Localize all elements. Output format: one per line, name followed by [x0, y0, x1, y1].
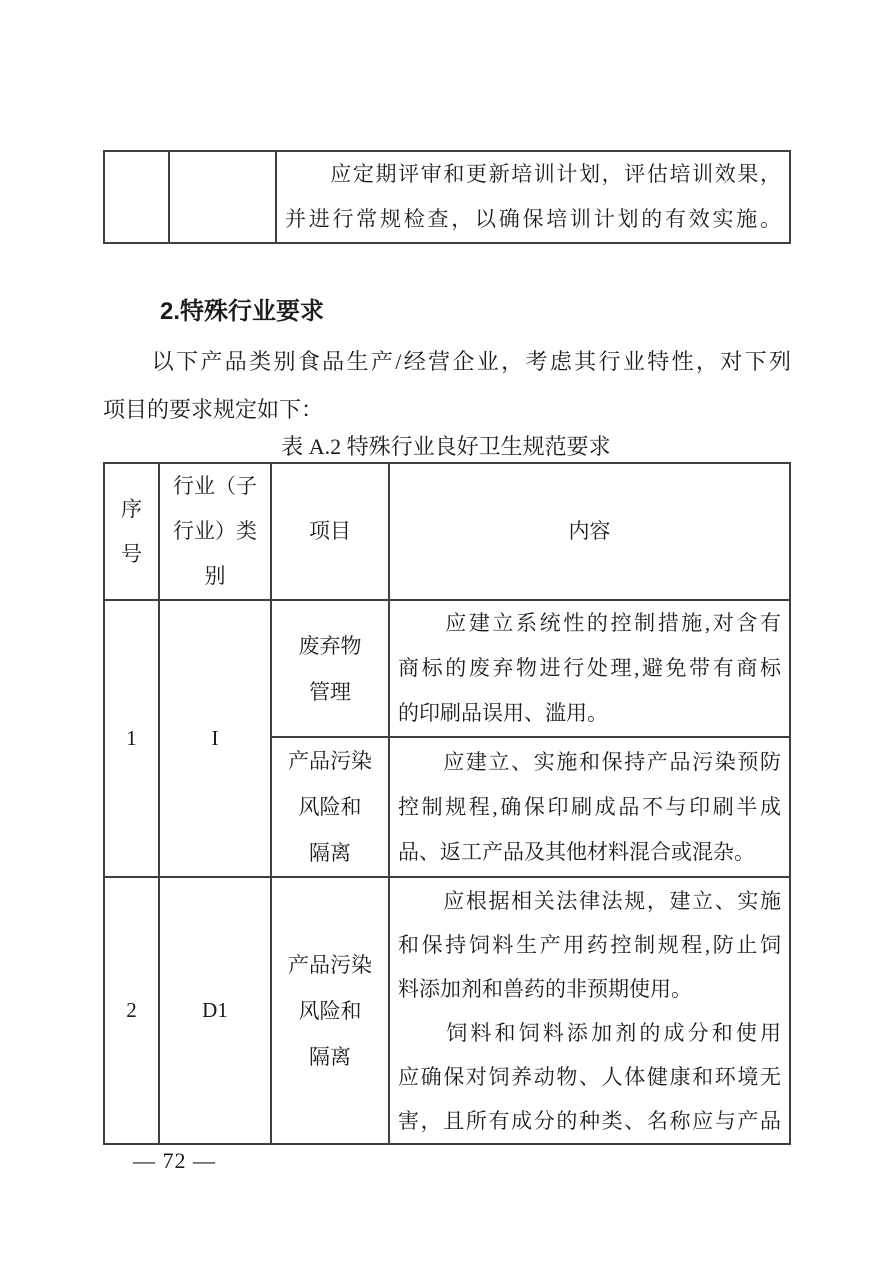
row1-content-contamination-cell: 应建立、实施和保持产品污染预防控制规程,确保印刷成品不与印刷半成品、返工产品及其… — [389, 737, 790, 877]
document-page: 应定期评审和更新培训计划，评估培训效果，并进行常规检查，以确保培训计划的有效实施… — [0, 0, 892, 1262]
col-header-seq: 序 号 — [104, 463, 159, 600]
table-row: 1 I 废弃物 管理 应建立系统性的控制措施,对含有商标的废弃物进行处理,避免带… — [104, 600, 790, 737]
carryover-table-row: 应定期评审和更新培训计划，评估培训效果，并进行常规检查，以确保培训计划的有效实施… — [104, 151, 790, 243]
row2-seq-cell: 2 — [104, 877, 159, 1144]
row2-industry-cell: D1 — [159, 877, 271, 1144]
table-header-row: 序 号 行业（子 行业）类 别 项目 内容 — [104, 463, 790, 600]
carryover-content-cell: 应定期评审和更新培训计划，评估培训效果，并进行常规检查，以确保培训计划的有效实施… — [276, 151, 790, 243]
col-header-item: 项目 — [271, 463, 389, 600]
section-heading: 2.特殊行业要求 — [160, 291, 324, 326]
row1-content-waste-cell: 应建立系统性的控制措施,对含有商标的废弃物进行处理,避免带有商标的印刷品误用、滥… — [389, 600, 790, 737]
row2-content-cell: 应根据相关法律法规，建立、实施和保持饲料生产用药控制规程,防止饲料添加剂和兽药的… — [389, 877, 790, 1144]
carryover-seq-cell — [104, 151, 169, 243]
table-row: 2 D1 产品污染 风险和 隔离 应根据相关法律法规，建立、实施和保持饲料生产用… — [104, 877, 790, 1144]
carryover-category-cell — [169, 151, 276, 243]
col-header-content: 内容 — [389, 463, 790, 600]
special-industry-table: 序 号 行业（子 行业）类 别 项目 内容 1 I 废弃物 管理 应建立系统性的… — [103, 462, 791, 1145]
row1-item-waste-cell: 废弃物 管理 — [271, 600, 389, 737]
row1-industry-cell: I — [159, 600, 271, 877]
intro-paragraph: 以下产品类别食品生产/经营企业，考虑其行业特性，对下列项目的要求规定如下： — [103, 338, 791, 434]
row2-item-cell: 产品污染 风险和 隔离 — [271, 877, 389, 1144]
page-number: — 72 — — [133, 1148, 216, 1174]
table-caption: 表 A.2 特殊行业良好卫生规范要求 — [103, 430, 789, 461]
carryover-table: 应定期评审和更新培训计划，评估培训效果，并进行常规检查，以确保培训计划的有效实施… — [103, 150, 791, 244]
row1-seq-cell: 1 — [104, 600, 159, 877]
col-header-industry: 行业（子 行业）类 别 — [159, 463, 271, 600]
row1-item-contamination-cell: 产品污染 风险和 隔离 — [271, 737, 389, 877]
